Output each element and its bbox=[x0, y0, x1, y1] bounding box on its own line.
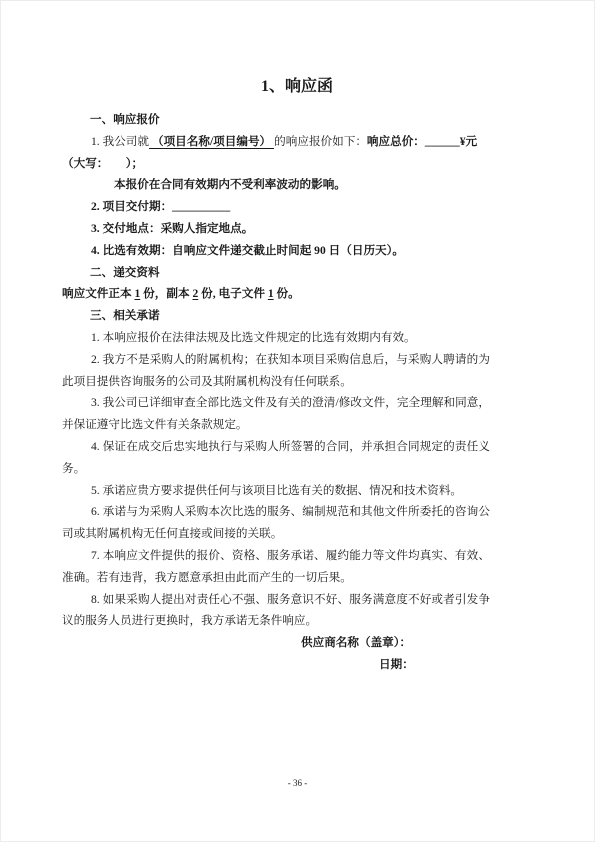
commitment-item-1: 1. 本响应报价在法律法规及比选文件规定的比选有效期内有效。 bbox=[62, 327, 490, 349]
commitment-item-7: 7. 本响应文件提供的报价、资格、服务承诺、履约能力等文件均真实、有效、准确。若… bbox=[62, 545, 490, 589]
commitment-item-5: 5. 承诺应贵方要求提供任何与该项目比选有关的数据、情况和技术资料。 bbox=[62, 480, 490, 502]
section1-item3: 3. 交付地点：采购人指定地点。 bbox=[62, 218, 490, 240]
commitment-item-6: 6. 承诺与为采购人采购本次比选的服务、编制规范和其他文件所委托的咨询公司或其附… bbox=[62, 501, 490, 545]
date-label: 日期： bbox=[62, 654, 490, 676]
capital-amount-line: （大写： ）； bbox=[62, 153, 490, 175]
project-name-blank: （项目名称/项目编号） bbox=[149, 135, 274, 149]
currency-label: ¥元 bbox=[460, 135, 477, 148]
section1-heading: 一、响应报价 bbox=[62, 109, 490, 131]
item1-prefix: 1. 我公司就 bbox=[91, 135, 149, 148]
submission-part3: 份, 电子文件 bbox=[198, 287, 268, 300]
section1-item1: 1. 我公司就（项目名称/项目编号）的响应报价如下：响应总价：______¥元 bbox=[62, 131, 490, 153]
section1-item4: 4. 比选有效期：自响应文件递交截止时间起 90 日（日历天）。 bbox=[62, 240, 490, 262]
page-number: - 36 - bbox=[1, 778, 594, 788]
section3-heading: 三、相关承诺 bbox=[62, 305, 490, 327]
section1-item2: 2. 项目交付期：__________ bbox=[62, 196, 490, 218]
item1-middle: 的响应报价如下： bbox=[274, 135, 367, 148]
page-title: 1、响应函 bbox=[62, 77, 490, 96]
commitment-item-4: 4. 保证在成交后忠实地执行与采购人所签署的合同，并承担合同规定的责任义务。 bbox=[62, 436, 490, 480]
total-price-label: 响应总价： bbox=[367, 135, 425, 148]
submission-part2: 份，副本 bbox=[140, 287, 192, 300]
section2-heading: 二、递交资料 bbox=[62, 262, 490, 284]
document-content: 1、响应函 一、响应报价 1. 我公司就（项目名称/项目编号）的响应报价如下：响… bbox=[62, 77, 490, 676]
commitment-item-2: 2. 我方不是采购人的附属机构；在获知本项目采购信息后，与采购人聘请的为此项目提… bbox=[62, 349, 490, 393]
commitment-item-3: 3. 我公司已详细审查全部比选文件及有关的澄清/修改文件，完全理解和同意，并保证… bbox=[62, 392, 490, 436]
delivery-period-label: 2. 项目交付期： bbox=[91, 200, 172, 213]
document-page: 1、响应函 一、响应报价 1. 我公司就（项目名称/项目编号）的响应报价如下：响… bbox=[0, 0, 595, 842]
submission-counts-line: 响应文件正本 1 份，副本 2 份, 电子文件 1 份。 bbox=[62, 283, 490, 305]
delivery-period-blank: __________ bbox=[172, 200, 230, 213]
total-price-blank: ______ bbox=[425, 135, 460, 148]
supplier-name-label: 供应商名称（盖章）： bbox=[62, 632, 490, 654]
rate-fluctuation-note: 本报价在合同有效期内不受利率波动的影响。 bbox=[62, 174, 490, 196]
submission-part4: 份。 bbox=[274, 287, 300, 300]
commitment-item-8: 8. 如果采购人提出对责任心不强、服务意识不好、服务满意度不好或者引发争议的服务… bbox=[62, 589, 490, 633]
submission-part1: 响应文件正本 bbox=[62, 287, 134, 300]
